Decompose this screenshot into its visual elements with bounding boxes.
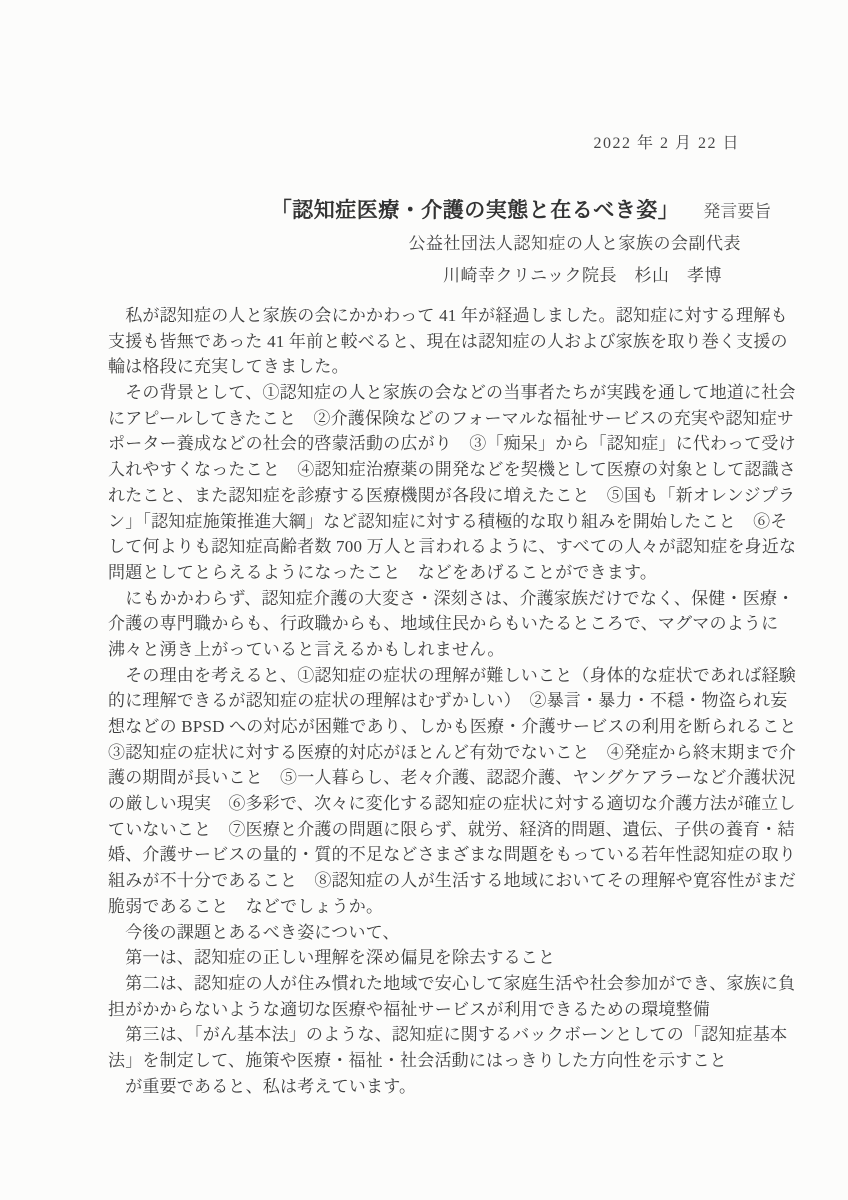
- text-line: ③認知症の症状に対する医療的対応がほとんど有効でないこと ④発症から終末期まで介: [108, 740, 748, 766]
- document-date: 2022 年 2 月 22 日: [593, 130, 740, 153]
- author-name-line: 川崎幸クリニック院長 杉山 孝博: [443, 261, 722, 286]
- text-line: にアピールしてきたこと ②介護保険などのフォーマルな福祉サービスの充実や認知症サ: [108, 406, 748, 432]
- text-line: れたこと、また認知症を診療する医療機関が各段に増えたこと ⑤国も「新オレンジプラ: [108, 483, 748, 509]
- text-line: 第三は、「がん基本法」のような、認知症に関するバックボーンとしての「認知症基本: [108, 1022, 748, 1048]
- title-text: 「認知症医療・介護の実態と在るべき姿」: [271, 199, 680, 222]
- text-line: 担がかからないような適切な医療や福祉サービスが利用できるための環境整備: [108, 997, 748, 1023]
- text-line: ポーター養成などの社会的啓蒙活動の広がり ③「痴呆」から「認知症」に代わって受け: [108, 431, 748, 457]
- text-line: 支援も皆無であった 41 年前と較べると、現在は認知症の人および家族を取り巻く支…: [108, 329, 748, 355]
- text-line: 介護の専門職からも、行政職からも、地域住民からもいたるところで、マグマのように: [108, 611, 748, 637]
- text-line: して何よりも認知症高齢者数 700 万人と言われるように、すべての人々が認知症を…: [108, 534, 748, 560]
- text-line: が重要であると、私は考えています。: [108, 1074, 748, 1100]
- author-affiliation: 公益社団法人認知症の人と家族の会副代表: [409, 229, 742, 254]
- text-line: 問題としてとらえるようになったこと などをあげることができます。: [108, 560, 748, 586]
- text-line: 婚、介護サービスの量的・質的不足などさまざまな問題をもっている若年性認知症の取り: [108, 842, 748, 868]
- text-line: ていないこと ⑦医療と介護の問題に限らず、就労、経済的問題、遺伝、子供の養育・結: [108, 817, 748, 843]
- text-line: 入れやすくなったこと ④認知症治療薬の開発などを契機として医療の対象として認識さ: [108, 457, 748, 483]
- text-line: その理由を考えると、①認知症の症状の理解が難しいこと（身体的な症状であれば経験: [108, 663, 748, 689]
- text-line: ン」「認知症施策推進大綱」など認知症に対する積極的な取り組みを開始したこと ⑥そ: [108, 509, 748, 535]
- title-suffix-text: 発言要旨: [703, 202, 771, 221]
- text-line: 的に理解できるが認知症の症状の理解はむずかしい） ②暴言・暴力・不穏・物盗られ妄: [108, 688, 748, 714]
- text-line: 脆弱であること などでしょうか。: [108, 894, 748, 920]
- text-line: その背景として、①認知症の人と家族の会などの当事者たちが実践を通して地道に社会: [108, 380, 748, 406]
- text-line: の厳しい現実 ⑥多彩で、次々に変化する認知症の症状に対する適切な介護方法が確立し: [108, 791, 748, 817]
- document-body: 私が認知症の人と家族の会にかかわって 41 年が経過しました。認知症に対する理解…: [108, 303, 748, 1099]
- text-line: 法」を制定して、施策や医療・福祉・社会活動にはっきりした方向性を示すこと: [108, 1048, 748, 1074]
- text-line: にもかかわらず、認知症介護の大変さ・深刻さは、介護家族だけでなく、保健・医療・: [108, 586, 748, 612]
- text-line: 第一は、認知症の正しい理解を深め偏見を除去すること: [108, 945, 748, 971]
- text-line: 私が認知症の人と家族の会にかかわって 41 年が経過しました。認知症に対する理解…: [108, 303, 748, 329]
- scanned-document-page: 2022 年 2 月 22 日 「認知症医療・介護の実態と在るべき姿」発言要旨 …: [0, 0, 848, 1200]
- text-line: 第二は、認知症の人が住み慣れた地域で安心して家庭生活や社会参加ができ、家族に負: [108, 971, 748, 997]
- text-line: 沸々と湧き上がっていると言えるかもしれません。: [108, 637, 748, 663]
- text-line: 護の期間が長いこと ⑤一人暮らし、老々介護、認認介護、ヤングケアラーなど介護状況: [108, 765, 748, 791]
- text-line: 想などの BPSD への対応が困難であり、しかも医療・介護サービスの利用を断られ…: [108, 714, 748, 740]
- text-line: 輪は格段に充実してきました。: [108, 354, 748, 380]
- text-line: 組みが不十分であること ⑧認知症の人が生活する地域においてその理解や寛容性がまだ: [108, 868, 748, 894]
- text-line: 今後の課題とあるべき姿について、: [108, 920, 748, 946]
